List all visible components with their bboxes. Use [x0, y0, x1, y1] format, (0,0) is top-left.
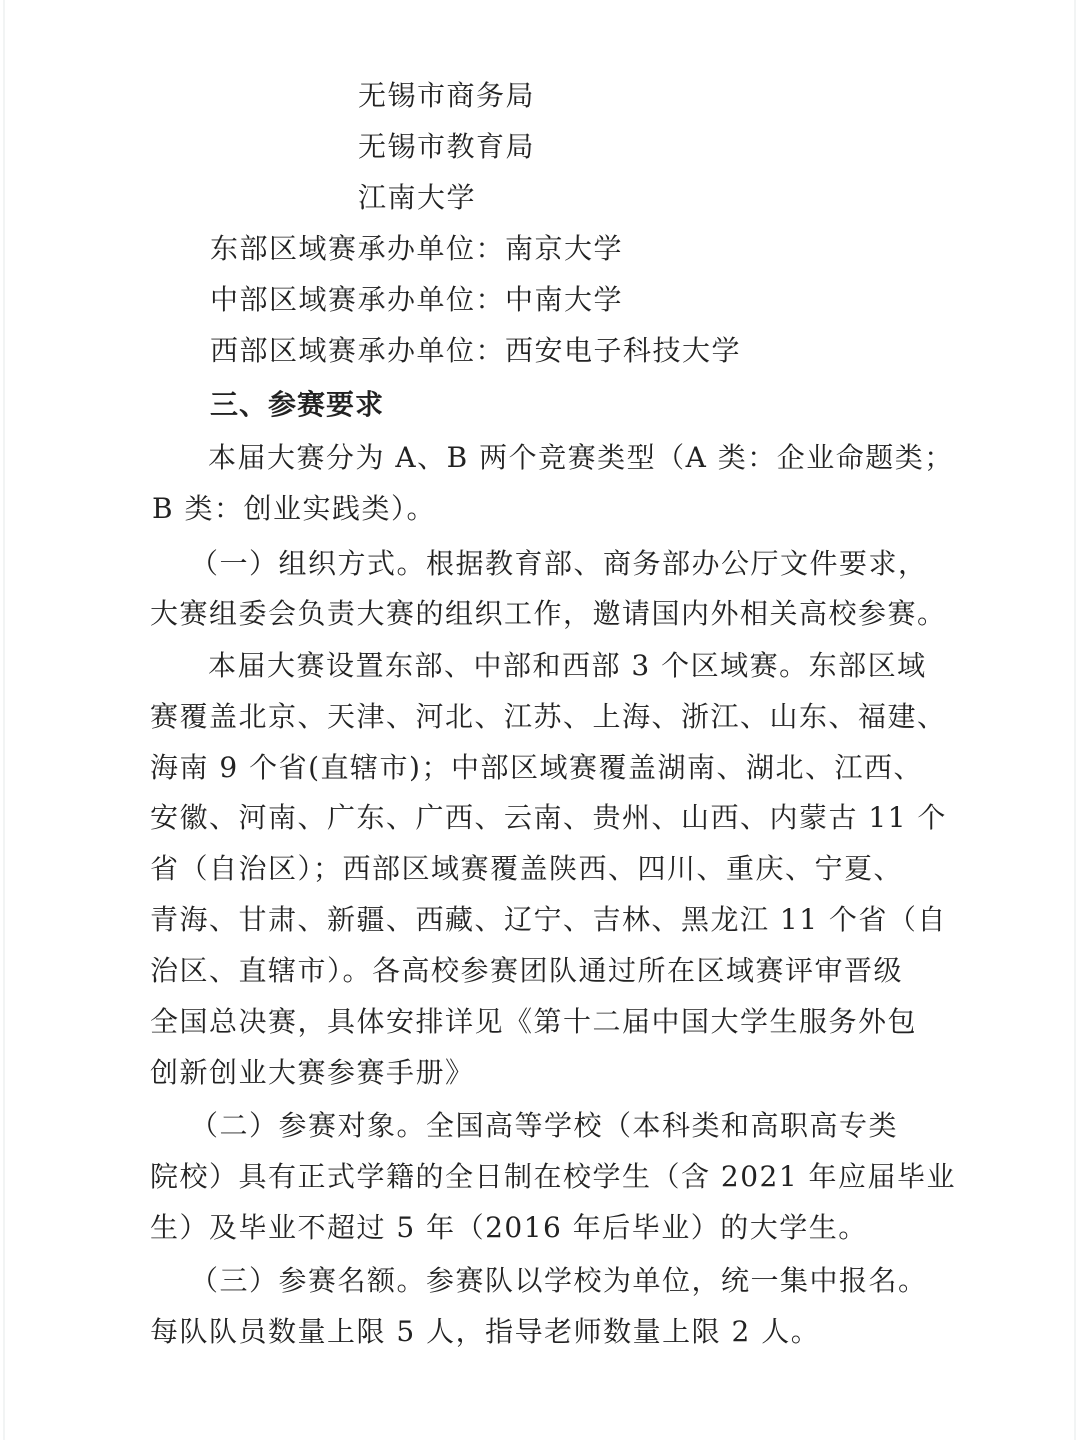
document-page: 无锡市商务局 无锡市教育局 江南大学 东部区域赛承办单位：南京大学 中部区域赛承…	[0, 0, 1080, 1440]
paragraph-line: 海南 9 个省(直辖市)；中部区域赛覆盖湖南、湖北、江西、	[150, 750, 923, 786]
paragraph-line: 本届大赛设置东部、中部和西部 3 个区域赛。东部区域	[208, 648, 927, 684]
paragraph-line: 院校）具有正式学籍的全日制在校学生（含 2021 年应届毕业	[150, 1159, 956, 1195]
paragraph-line: 青海、甘肃、新疆、西藏、辽宁、吉林、黑龙江 11 个省（自	[150, 902, 947, 938]
organizer-line: 无锡市教育局	[358, 129, 535, 165]
paragraph-line: 大赛组委会负责大赛的组织工作，邀请国内外相关高校参赛。	[150, 596, 947, 632]
paragraph-line: 每队队员数量上限 5 人，指导老师数量上限 2 人。	[150, 1314, 820, 1350]
paragraph-line: 生）及毕业不超过 5 年（2016 年后毕业）的大学生。	[150, 1210, 868, 1246]
scan-edge-left	[3, 0, 5, 1440]
paragraph-line: 创新创业大赛参赛手册》	[150, 1055, 475, 1091]
organizer-line: 无锡市商务局	[358, 78, 535, 114]
regional-host-line: 中部区域赛承办单位：中南大学	[210, 282, 623, 318]
paragraph-line: 省（自治区）；西部区域赛覆盖陕西、四川、重庆、宁夏、	[150, 851, 903, 887]
paragraph-line: （三）参赛名额。参赛队以学校为单位，统一集中报名。	[190, 1263, 928, 1299]
section-heading: 三、参赛要求	[210, 387, 384, 423]
paragraph-line: 治区、直辖市）。各高校参赛团队通过所在区域赛评审晋级	[150, 953, 903, 989]
paragraph-line: 赛覆盖北京、天津、河北、江苏、上海、浙江、山东、福建、	[150, 699, 947, 735]
organizer-line: 江南大学	[358, 180, 476, 216]
paragraph-line: 安徽、河南、广东、广西、云南、贵州、山西、内蒙古 11 个	[150, 800, 947, 836]
paragraph-line: 本届大赛分为 A、B 两个竞赛类型（A 类：企业命题类；	[208, 440, 954, 476]
paragraph-line: （二）参赛对象。全国高等学校（本科类和高职高专类	[190, 1108, 898, 1144]
regional-host-line: 东部区域赛承办单位：南京大学	[210, 231, 623, 267]
regional-host-line: 西部区域赛承办单位：西安电子科技大学	[210, 333, 741, 369]
paragraph-line: B 类：创业实践类）。	[152, 491, 436, 527]
paragraph-line: （一）组织方式。根据教育部、商务部办公厅文件要求，	[190, 546, 928, 582]
scan-edge-right	[1074, 0, 1076, 1440]
paragraph-line: 全国总决赛，具体安排详见《第十二届中国大学生服务外包	[150, 1004, 917, 1040]
